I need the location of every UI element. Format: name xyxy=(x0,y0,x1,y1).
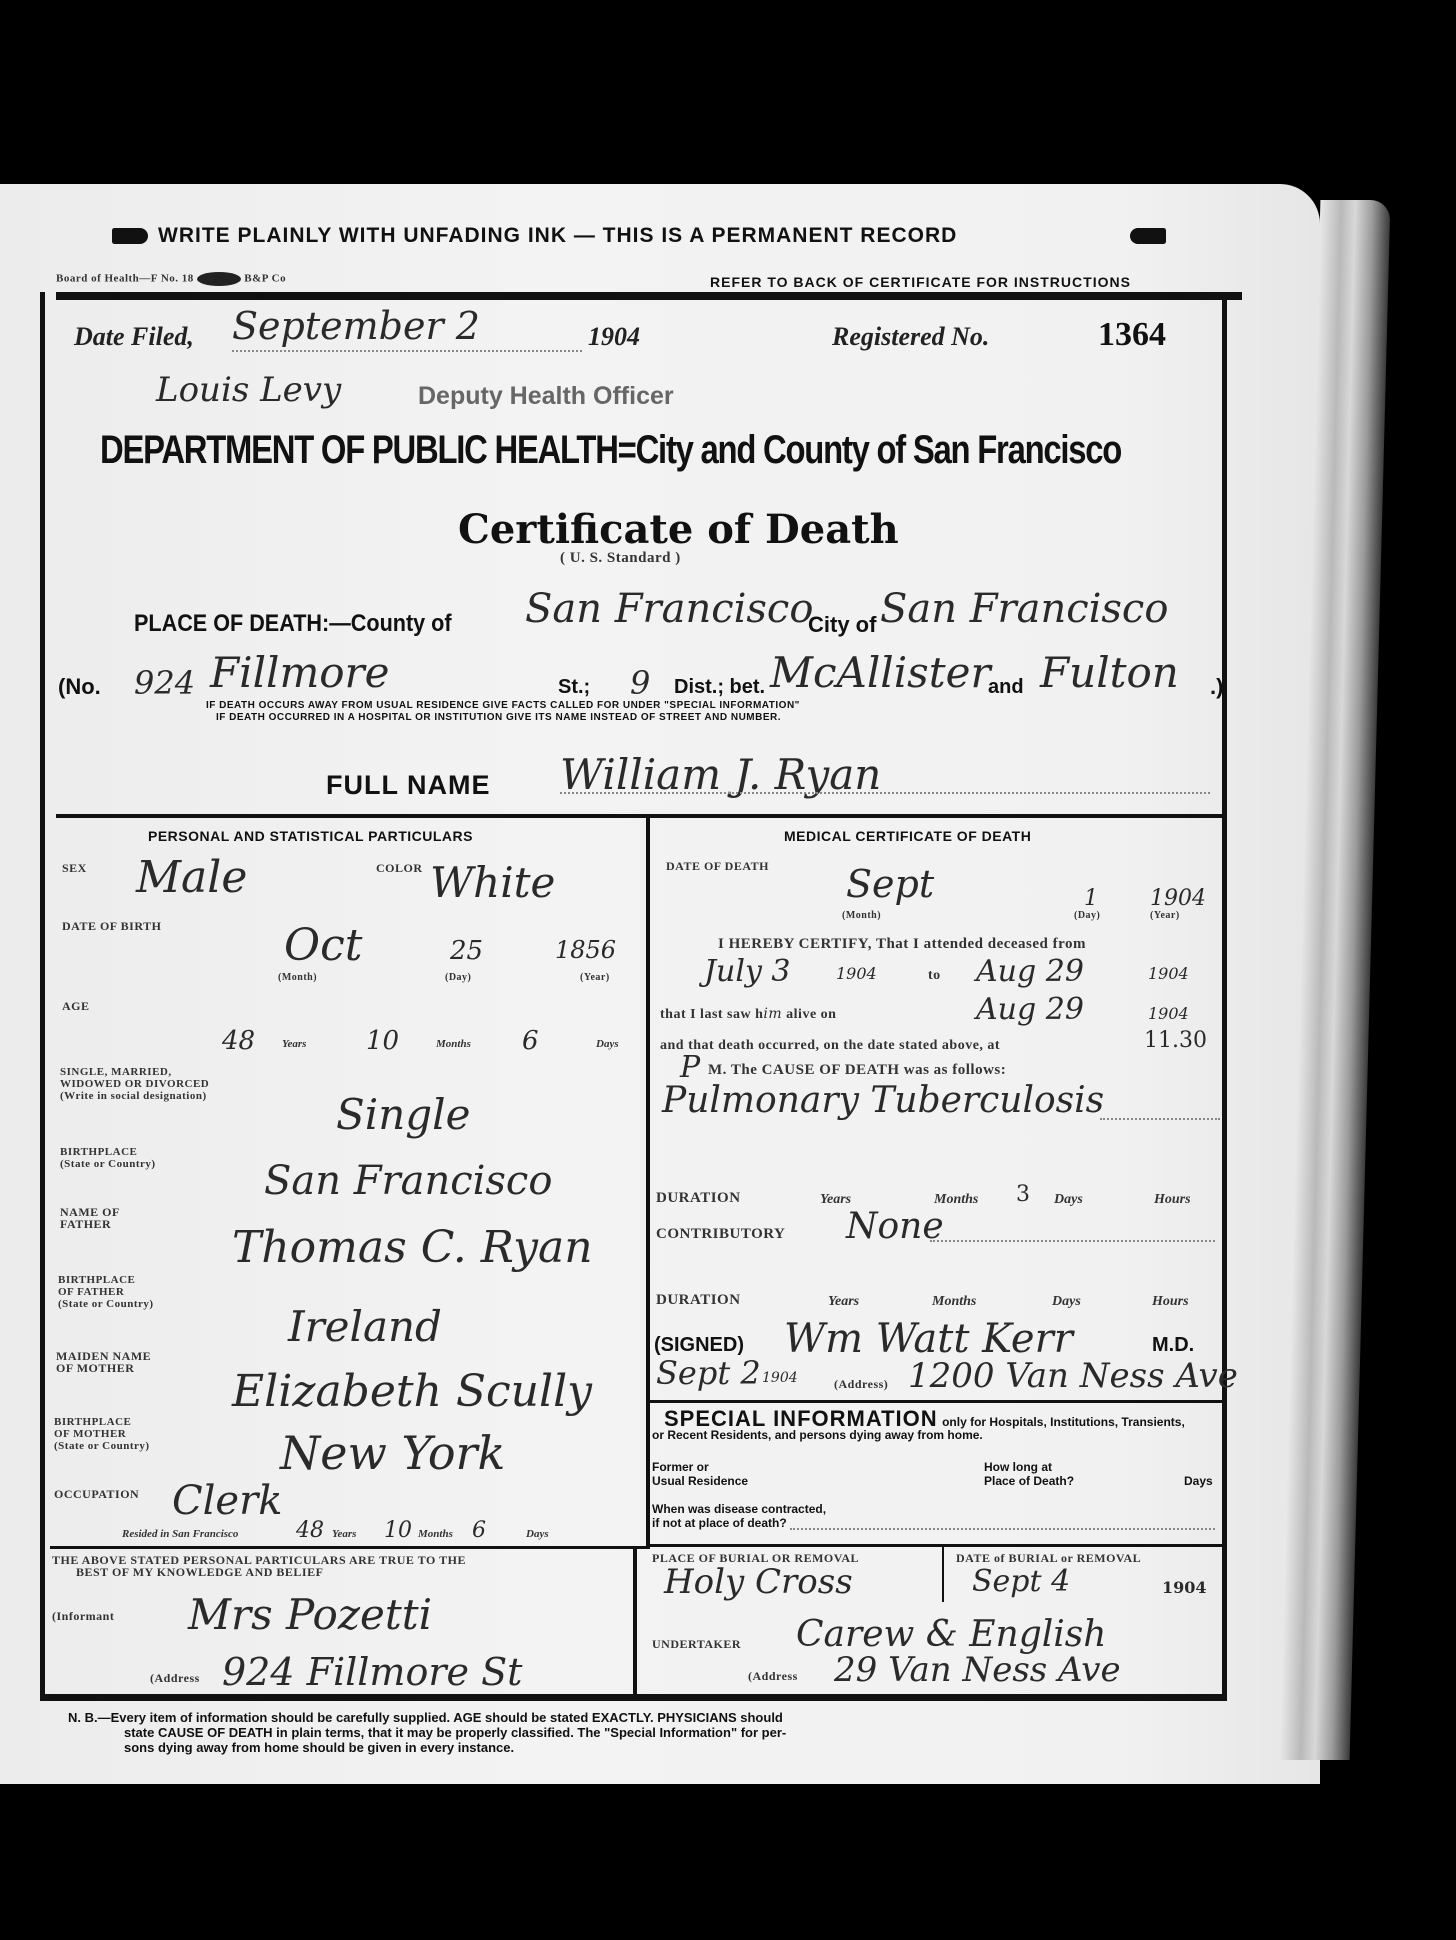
burial-date-label: DATE of BURIAL or REMOVAL xyxy=(956,1552,1141,1564)
officer-signature: Louis Levy xyxy=(156,370,341,410)
father-birthplace-value: Ireland xyxy=(288,1302,442,1351)
death-address-number: 924 xyxy=(134,664,195,702)
age-days-caption: Days xyxy=(596,1038,619,1050)
death-day-caption: (Day) xyxy=(1074,910,1100,922)
dob-year-caption: (Year) xyxy=(580,972,610,984)
instructions-note: REFER TO BACK OF CERTIFICATE FOR INSTRUC… xyxy=(710,274,1131,290)
undertaker-name: Carew & English xyxy=(796,1614,1106,1655)
informant-address: 924 Fillmore St xyxy=(222,1650,522,1694)
duration-months: 3 xyxy=(1016,1182,1030,1207)
birthplace-label-2: (State or Country) xyxy=(60,1158,156,1170)
last-saw-prefix: that I last saw h xyxy=(660,1007,763,1022)
undertaker-label: UNDERTAKER xyxy=(652,1638,741,1650)
duration2-years-caption: Years xyxy=(828,1294,859,1310)
duration-hours-caption: Hours xyxy=(1154,1192,1191,1208)
alive-on: alive on xyxy=(786,1007,836,1022)
burial-date: Sept 4 xyxy=(972,1564,1070,1599)
section-divider xyxy=(56,814,1222,818)
mother-bp-label-3: (State or Country) xyxy=(54,1440,150,1452)
sex-value: Male xyxy=(136,852,247,903)
death-month-caption: (Month) xyxy=(842,910,881,922)
signed-date: Sept 2 xyxy=(656,1354,761,1392)
former-label-1: Former or xyxy=(652,1460,748,1474)
physician-address: 1200 Van Ness Ave xyxy=(908,1356,1238,1396)
form-id: Board of Health—F No. 18 B&P Co xyxy=(56,272,286,286)
occupation-label: OCCUPATION xyxy=(54,1488,139,1500)
footer-note-2: state CAUSE OF DEATH in plain terms, tha… xyxy=(68,1725,786,1740)
informant-statement-2: BEST OF MY KNOWLEDGE AND BELIEF xyxy=(52,1566,466,1578)
cause-line xyxy=(1100,1118,1220,1120)
age-label: AGE xyxy=(62,1000,90,1012)
father-bp-label-2: OF FATHER xyxy=(58,1286,154,1298)
form-number: Board of Health—F No. 18 xyxy=(56,273,194,285)
father-bp-label-1: BIRTHPLACE xyxy=(58,1274,154,1286)
mother-bp-label-2: OF MOTHER xyxy=(54,1428,150,1440)
dob-year: 1856 xyxy=(555,936,616,964)
officer-title: Deputy Health Officer xyxy=(418,382,674,411)
death-time: 11.30 xyxy=(1144,1028,1207,1053)
physician-address-label: (Address) xyxy=(834,1378,888,1390)
to-label: to xyxy=(928,970,941,982)
father-name-label: NAME OF FATHER xyxy=(60,1206,120,1230)
informant-name: Mrs Pozetti xyxy=(188,1590,432,1639)
father-birthplace-label: BIRTHPLACE OF FATHER (State or Country) xyxy=(58,1274,154,1310)
dob-month-caption: (Month) xyxy=(278,972,317,984)
last-saw-year: 1904 xyxy=(1148,1004,1189,1023)
informant-divider xyxy=(50,1546,650,1549)
full-name-label: FULL NAME xyxy=(326,770,491,801)
special-divider xyxy=(646,1400,1222,1403)
last-saw-him: im xyxy=(763,1006,782,1022)
city-value: San Francisco xyxy=(880,586,1168,632)
cause-of-death: Pulmonary Tuberculosis xyxy=(662,1080,1104,1121)
informant-address-label: (Address xyxy=(150,1672,200,1684)
signed-year: 1904 xyxy=(762,1370,798,1386)
attended-from: July 3 xyxy=(704,954,791,989)
certificate-title: Certificate of Death xyxy=(458,506,899,553)
close-paren: .) xyxy=(1210,674,1223,700)
undertaker-address-label: (Address xyxy=(748,1670,798,1682)
sex-label: SEX xyxy=(62,862,87,874)
address-no-label: (No. xyxy=(58,674,101,700)
date-filed-year: 1904 xyxy=(588,322,640,352)
union-seal-icon xyxy=(197,272,241,286)
duration-label: DURATION xyxy=(656,1192,741,1204)
cause-text: M. The CAUSE OF DEATH was as follows: xyxy=(708,1064,1006,1076)
right-border xyxy=(1222,292,1227,1699)
special-note-1: only for Hospitals, Institutions, Transi… xyxy=(942,1415,1185,1429)
dob-day: 25 xyxy=(450,936,483,966)
last-saw-text: that I last saw him alive on xyxy=(660,1008,836,1021)
death-day: 1 xyxy=(1084,886,1098,911)
contracted-label-1: When was disease contracted, xyxy=(652,1502,826,1516)
how-long-label-1: How long at xyxy=(984,1460,1074,1474)
burial-place: Holy Cross xyxy=(664,1562,853,1602)
duration2-months-caption: Months xyxy=(932,1294,976,1310)
mother-bp-label-1: BIRTHPLACE xyxy=(54,1416,150,1428)
date-filed-value: September 2 xyxy=(232,304,480,348)
certify-text: I HEREBY CERTIFY, That I attended deceas… xyxy=(718,938,1086,950)
death-year-caption: (Year) xyxy=(1150,910,1180,922)
printer-name: B&P Co xyxy=(244,273,286,285)
attended-to: Aug 29 xyxy=(976,954,1084,989)
full-name-line xyxy=(560,792,1210,794)
last-saw-date: Aug 29 xyxy=(976,992,1084,1027)
contributory-line xyxy=(930,1240,1215,1242)
informant-label: (Informant xyxy=(52,1610,114,1622)
date-filed-line xyxy=(232,350,582,352)
registered-no: 1364 xyxy=(1098,316,1166,354)
how-long-label: How long at Place of Death? xyxy=(984,1460,1074,1488)
resided-years-caption: Years xyxy=(332,1528,356,1540)
former-label-2: Usual Residence xyxy=(652,1474,748,1488)
street-label: St.; xyxy=(558,676,590,699)
duration2-label: DURATION xyxy=(656,1294,741,1306)
contracted-line xyxy=(790,1528,1215,1530)
resided-months: 10 xyxy=(384,1518,412,1543)
footer-note-3: sons dying away from home should be give… xyxy=(68,1740,786,1755)
how-long-days-label: Days xyxy=(1184,1474,1213,1488)
resided-days: 6 xyxy=(472,1518,486,1543)
date-of-death-label: DATE OF DEATH xyxy=(666,860,769,872)
center-divider xyxy=(646,818,650,1548)
department-title: DEPARTMENT OF PUBLIC HEALTH=City and Cou… xyxy=(100,428,1121,473)
bottom-border xyxy=(40,1694,1227,1701)
dob-label: DATE OF BIRTH xyxy=(62,920,161,932)
resided-years: 48 xyxy=(296,1518,324,1543)
resided-days-caption: Days xyxy=(526,1528,549,1540)
personal-heading: PERSONAL AND STATISTICAL PARTICULARS xyxy=(148,828,473,844)
top-border xyxy=(56,292,1242,300)
burial-year: 1904 xyxy=(1162,1578,1207,1597)
death-year: 1904 xyxy=(1150,886,1206,911)
contributory-label: CONTRIBUTORY xyxy=(656,1228,785,1240)
dob-day-caption: (Day) xyxy=(445,972,471,984)
district-label: Dist.; bet. xyxy=(674,676,765,699)
special-note-2: or Recent Residents, and persons dying a… xyxy=(652,1428,983,1442)
duration2-days-caption: Days xyxy=(1052,1294,1081,1310)
attended-to-year: 1904 xyxy=(1148,964,1189,983)
city-label: City of xyxy=(808,612,876,638)
place-note-line2: IF DEATH OCCURRED IN A HOSPITAL OR INSTI… xyxy=(206,712,800,724)
between-street-1: McAllister xyxy=(770,648,991,697)
death-month: Sept xyxy=(846,862,934,906)
marital-label-1: SINGLE, MARRIED, xyxy=(60,1066,209,1078)
marital-label: SINGLE, MARRIED, WIDOWED OR DIVORCED (Wr… xyxy=(60,1066,209,1102)
mother-name-label: MAIDEN NAME OF MOTHER xyxy=(56,1350,151,1374)
age-days: 6 xyxy=(522,1026,539,1056)
mother-label-2: OF MOTHER xyxy=(56,1362,151,1374)
medical-heading: MEDICAL CERTIFICATE OF DEATH xyxy=(784,828,1031,844)
father-bp-label-3: (State or Country) xyxy=(58,1298,154,1310)
duration2-hours-caption: Hours xyxy=(1152,1294,1189,1310)
registered-no-label: Registered No. xyxy=(832,322,989,352)
resided-label: Resided in San Francisco xyxy=(122,1528,238,1540)
color-label: COLOR xyxy=(376,862,423,874)
district-value: 9 xyxy=(630,664,650,702)
footer-note-1: N. B.—Every item of information should b… xyxy=(68,1710,786,1725)
death-address-street: Fillmore xyxy=(210,648,389,697)
father-label-2: FATHER xyxy=(60,1218,120,1230)
marital-label-2: WIDOWED OR DIVORCED xyxy=(60,1078,209,1090)
age-years: 48 xyxy=(222,1026,255,1056)
date-filed-label: Date Filed, xyxy=(74,322,194,352)
attended-from-year: 1904 xyxy=(836,964,877,983)
mother-birthplace-label: BIRTHPLACE OF MOTHER (State or Country) xyxy=(54,1416,150,1452)
banner-text: WRITE PLAINLY WITH UNFADING INK — THIS I… xyxy=(158,224,957,248)
hand-pointer-right-icon xyxy=(1130,228,1166,244)
left-border xyxy=(40,292,45,1699)
center-divider-bottom xyxy=(633,1548,637,1694)
occupation-value: Clerk xyxy=(172,1478,282,1524)
certificate-subtitle: ( U. S. Standard ) xyxy=(560,552,681,564)
dob-month: Oct xyxy=(284,920,362,971)
birthplace-label: BIRTHPLACE (State or Country) xyxy=(60,1146,156,1170)
marital-value: Single xyxy=(336,1090,470,1139)
father-name-value: Thomas C. Ryan xyxy=(232,1222,593,1273)
place-of-death-label: PLACE OF DEATH:—County of xyxy=(134,610,452,638)
contracted-label: When was disease contracted, if not at p… xyxy=(652,1502,826,1530)
mother-name-value: Elizabeth Scully xyxy=(232,1366,592,1417)
undertaker-address: 29 Van Ness Ave xyxy=(834,1650,1121,1690)
duration-days-caption: Days xyxy=(1054,1192,1083,1208)
place-note: IF DEATH OCCURS AWAY FROM USUAL RESIDENC… xyxy=(206,700,800,724)
between-street-2: Fulton xyxy=(1040,648,1179,697)
informant-statement: THE ABOVE STATED PERSONAL PARTICULARS AR… xyxy=(52,1554,466,1578)
birthplace-value: San Francisco xyxy=(264,1158,552,1204)
burial-column-divider xyxy=(942,1546,944,1602)
county-value: San Francisco xyxy=(525,586,813,632)
place-note-line1: IF DEATH OCCURS AWAY FROM USUAL RESIDENC… xyxy=(206,700,800,712)
age-months: 10 xyxy=(366,1026,399,1056)
footer-note: N. B.—Every item of information should b… xyxy=(68,1710,786,1755)
hand-pointer-left-icon xyxy=(112,228,148,244)
birthplace-label-1: BIRTHPLACE xyxy=(60,1146,156,1158)
and-label: and xyxy=(988,676,1024,699)
color-value: White xyxy=(430,858,555,907)
former-residence-label: Former or Usual Residence xyxy=(652,1460,748,1488)
marital-label-3: (Write in social designation) xyxy=(60,1090,209,1102)
resided-months-caption: Months xyxy=(418,1528,453,1540)
age-months-caption: Months xyxy=(436,1038,471,1050)
md-label: M.D. xyxy=(1152,1334,1194,1357)
death-time-text: and that death occurred, on the date sta… xyxy=(660,1040,1000,1052)
how-long-label-2: Place of Death? xyxy=(984,1474,1074,1488)
burial-divider xyxy=(646,1544,1222,1547)
mother-birthplace-value: New York xyxy=(280,1426,505,1480)
age-years-caption: Years xyxy=(282,1038,306,1050)
